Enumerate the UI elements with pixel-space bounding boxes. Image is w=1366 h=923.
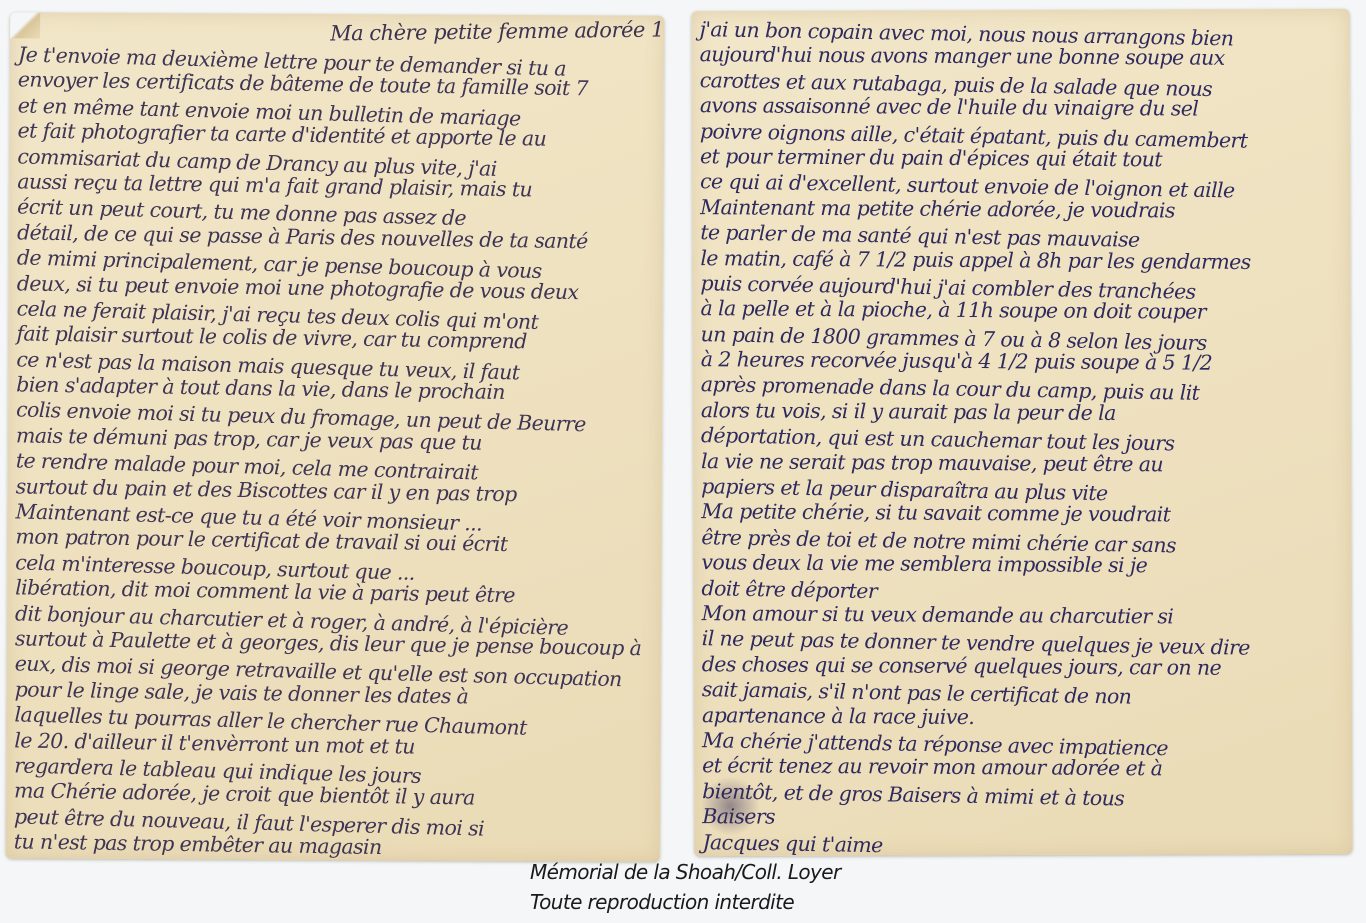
handwritten-line: la vie ne serait pas trop mauvaise, peut… <box>701 449 1341 479</box>
handwritten-line: des choses qui se conservé quelques jour… <box>702 652 1342 682</box>
handwritten-line: apartenance à la race juive. <box>702 703 1342 733</box>
handwritten-line: à 2 heures recorvée jusqu'à 4 1/2 puis s… <box>701 347 1341 377</box>
handwritten-line: Jacques qui t'aime <box>702 830 1342 857</box>
copyright-caption: Mémorial de la Shoah/Coll. Loyer Toute r… <box>530 857 841 917</box>
letter-body-right: j'ai un bon copain avec moi, nous nous a… <box>700 15 1343 855</box>
handwritten-line: Ma petite chérie, si tu savait comme je … <box>701 500 1341 530</box>
handwritten-line: alors tu vois, si il y aurait pas la peu… <box>701 398 1341 428</box>
ink-smudge <box>700 776 760 836</box>
letter-body-left: Je t'envoie ma deuxième lettre pour te d… <box>14 42 654 861</box>
handwritten-line: vous deux la vie me semblera impossible … <box>701 550 1341 580</box>
handwritten-line: Baisers <box>702 804 1342 834</box>
caption-rights: Toute reproduction interdite <box>530 887 841 917</box>
handwritten-line: à la pelle et à la pioche, à 11h soupe o… <box>700 296 1340 326</box>
letter-salutation-date: Ma chère petite femme adorée 19-10-42 <box>330 17 664 46</box>
caption-source: Mémorial de la Shoah/Coll. Loyer <box>530 857 841 887</box>
handwritten-line: et écrit tenez au revoir mon amour adoré… <box>702 753 1342 783</box>
letter-page-right: j'ai un bon copain avec moi, nous nous a… <box>692 9 1353 856</box>
handwritten-line: aujourd'hui nous avons manger une bonne … <box>700 43 1340 73</box>
folded-corner <box>10 12 40 38</box>
handwritten-line: Mon amour si tu veux demande au charcuti… <box>702 601 1342 631</box>
handwritten-line: et pour terminer du pain d'épices qui ét… <box>700 144 1340 174</box>
handwritten-line: avons assaisonné avec de l'huile du vina… <box>700 93 1340 123</box>
letter-page-left: Ma chère petite femme adorée 19-10-42 Je… <box>6 12 664 861</box>
handwritten-line: Maintenant ma petite chérie adorée, je v… <box>700 195 1340 225</box>
handwritten-line: le matin, café à 7 1/2 puis appel à 8h p… <box>700 246 1340 276</box>
